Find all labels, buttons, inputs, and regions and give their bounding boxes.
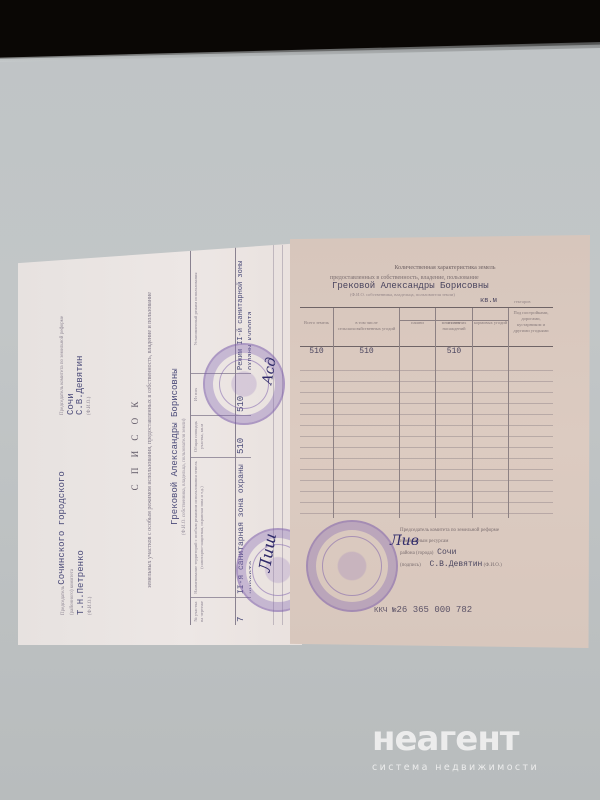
cell-plot-number: 7 (236, 597, 251, 625)
document-right-page: Количественная характеристика земель пре… (290, 235, 590, 648)
region-name: С.В.Девятин (76, 245, 85, 415)
footer-resources-label: и земельным ресурсам (400, 536, 580, 547)
committee-name-note: (Ф.И.О.) (86, 465, 95, 615)
document-left-page: Председатель Сочинского городского (райо… (18, 243, 302, 645)
header-agricultural: в том числе сельскохозяйственных угодий (334, 308, 400, 346)
right-page-owner: Грековой Александры Борисовны (332, 281, 489, 291)
committee-name: Т.Н.Петренко (77, 465, 86, 615)
left-committee-signature-block: Председатель Сочинского городского (райо… (58, 465, 95, 615)
footer-chairman-label: Председатель комитета по земельной рефор… (400, 525, 580, 536)
left-page-title: С П И С О К (130, 243, 140, 645)
area-unit: кв.м (480, 297, 497, 305)
left-region-signature-block: Председатель комитета по земельной рефор… (58, 245, 94, 415)
serial-number: 26 365 000 782 (397, 605, 473, 615)
header-buildings-roads: Под постройками, дорогами, кустарником и… (509, 308, 553, 346)
header-plot-number: № участка на чертеже (191, 597, 235, 625)
footer-name: С.В.Девятин (430, 560, 483, 569)
footer-city: Сочи (437, 548, 456, 557)
document-serial: ККЧ №26 365 000 782 (374, 605, 472, 615)
special-regime-table-header: № участка на чертеже Наименование террит… (191, 245, 236, 625)
region-label: Председатель комитета по земельной рефор… (58, 245, 67, 415)
watermark: неагент система недвижимости (372, 722, 572, 773)
committee-label: Председатель (61, 586, 66, 615)
area-unit-note: гектаров (514, 299, 531, 304)
right-page-title: Количественная характеристика земель (330, 265, 560, 271)
left-page-owner: Грековой Александры Борисовны (170, 368, 180, 525)
header-territory-name: Наименование территорий с особым режимом… (191, 457, 235, 597)
table-column-lines (300, 346, 553, 518)
serial-prefix: ККЧ № (374, 607, 397, 615)
right-page-signature-block: Председатель комитета по земельной рефор… (400, 525, 580, 571)
land-table-header: Всего земель в том числе сельскохозяйств… (300, 308, 553, 347)
region-name-note: (Ф.И.О.) (85, 245, 94, 415)
header-total-land: Всего земель (300, 308, 334, 346)
land-characteristics-table: Всего земель в том числе сельскохозяйств… (300, 307, 553, 518)
left-page-owner-note: (Ф.И.О. собственника, владельца, пользов… (182, 419, 187, 535)
footer-district-label: района (города) (400, 551, 433, 556)
handwritten-signature-right: Лив (390, 533, 419, 549)
footer-name-note: (Ф.И.О.) (484, 563, 502, 568)
right-page-owner-note: (Ф.И.О. собственника, владельца, пользов… (350, 292, 455, 297)
official-stamp-right (306, 520, 398, 612)
watermark-brand: неагент (372, 722, 572, 756)
watermark-tagline: система недвижимости (372, 762, 572, 773)
header-group-of-which: из них (400, 308, 509, 321)
committee-org: Сочинского городского (57, 471, 67, 584)
footer-signature-note: (подпись) (400, 563, 421, 568)
left-page-subtitle: земельных участков с особым режимом испо… (146, 275, 155, 605)
